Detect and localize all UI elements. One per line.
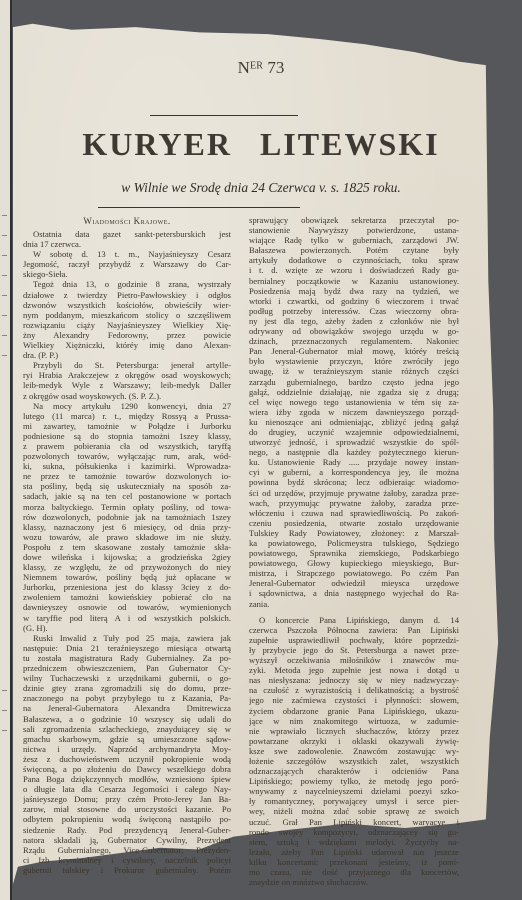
text-line: zarow, miał stosowne do uroczystości kaz… bbox=[23, 804, 231, 814]
text-line: klassy, ze względu, że od przywożonych d… bbox=[23, 562, 231, 572]
text-line: rondo swojey kompozycyi, odznaczającey s… bbox=[249, 827, 459, 837]
text-line: dowe wileńska i kijowska; a grodzieńska … bbox=[23, 552, 231, 562]
text-line: pozwolonych towarów, wyłączając rum, ara… bbox=[23, 451, 231, 461]
text-line: w taryffie pod literą A i od wszystkich … bbox=[23, 613, 231, 623]
text-line: ły przybycie jego do St. Petersburga a n… bbox=[249, 645, 459, 655]
text-line: stanowienie Naywyższy potwierdzone, usta… bbox=[249, 225, 459, 235]
text-line: wach, przyymując prywatne żałoby, zaradz… bbox=[249, 498, 459, 508]
text-line: ły romantyczney, porywającey umysł i ser… bbox=[249, 796, 459, 806]
text-line: leib-medyk Wyle z Warszawy; leib-medyk D… bbox=[23, 380, 231, 390]
text-line: powtarzane okrzyki i oklaski okazywali ż… bbox=[249, 736, 459, 746]
text-line: ny jest dla tego, ażeby żaden z członków… bbox=[249, 316, 459, 326]
text-line: zania. bbox=[249, 599, 459, 609]
left-column: Wiadomości Krajowe. Ostatnia data gazet … bbox=[23, 215, 231, 875]
text-line: Tegoż dnia 13, o godzinie 8 zrana, wystr… bbox=[23, 279, 231, 289]
text-line: nym poddanym, mieszkańcom stolicy o szcz… bbox=[23, 310, 231, 320]
text-line: tu została magistratura Rady Gubernialne… bbox=[23, 653, 231, 663]
text-line: wiera iżby zgoda w niczem dawnieyszego p… bbox=[249, 407, 459, 417]
text-line: Jegomość, raczył przybydź z Warszawy do … bbox=[23, 259, 231, 269]
text-line: dzinach, przeznaczonych regulamentem. Na… bbox=[249, 336, 459, 346]
text-line: morza baltyckiego. Termin opłaty pośliny… bbox=[23, 502, 231, 512]
text-line: do drugiey, uczynić wzajemnie odpowiedzi… bbox=[249, 427, 459, 437]
text-line: sali zgromadzenia szlacheckiego, znaydui… bbox=[23, 724, 231, 734]
text-line: podniesione są do stopnia tamożni 1szey … bbox=[23, 431, 231, 441]
text-line: nie wprawiało licznych słuchaczów, którz… bbox=[249, 726, 459, 736]
text-line: Niemnem towarów, pośliny będą już opłaca… bbox=[23, 572, 231, 582]
text-line: lutego (11 marca) r. t., między Rossyą a… bbox=[23, 411, 231, 421]
text-line: zyki. Metoda jego zupełnie jest nowa i d… bbox=[249, 665, 459, 675]
right-column: sprawujący obowiązek sekretarza przeczyt… bbox=[249, 215, 459, 887]
text-line: zupełnie usprawiedliwił pochwały, które … bbox=[249, 635, 459, 645]
text-line: nas niesłyszana: jednoczy się w niey nad… bbox=[249, 675, 459, 685]
text-line: dawnieyszey osnowie od towarów, wymienio… bbox=[23, 602, 231, 612]
issue-number-value: 73 bbox=[267, 58, 284, 77]
text-line: Pospołu z tem skasowane zostały tamożnie… bbox=[23, 542, 231, 552]
text-line: Tulskiey Rady Powiatowey, złożoney: z Ma… bbox=[249, 528, 459, 538]
text-line: wiające Radę tylko w guberniach, zarządo… bbox=[249, 235, 459, 245]
text-line: odrywany od obowiązków swojego urzędu w … bbox=[249, 326, 459, 336]
text-line: wyższył oczekiwania miłośników i znawców… bbox=[249, 655, 459, 665]
text-line: podług potrzeby interessów. Czas wieczor… bbox=[249, 306, 459, 316]
text-line: żny Alexandry Fedorowny, przez powicie bbox=[23, 330, 231, 340]
text-line: czerwca Pszczoła Północna zawiera: Pan L… bbox=[249, 625, 459, 635]
text-line: Rządu Gubernialnego, Vice-Gubernator; Pr… bbox=[23, 845, 231, 855]
text-line: natora składali ją, Gubernator Cywilny, … bbox=[23, 835, 231, 845]
text-line: Lipińskiego; powiemy tylko, że metodę je… bbox=[249, 776, 459, 786]
text-line: sprawujący obowiązek sekretarza przeczyt… bbox=[249, 215, 459, 225]
text-line: dra. (P. P.) bbox=[23, 350, 231, 360]
masthead-rule-bottom bbox=[98, 207, 300, 208]
text-line: Bałaszewa, a o godzinie 10 wszyscy się u… bbox=[23, 714, 231, 724]
dateline: w Wilnie we Srodę dnia 24 Czerwca v. s. … bbox=[0, 180, 522, 196]
text-line: przedniczem obwieszczeniem, Pan Gubernat… bbox=[23, 663, 231, 673]
text-line: stem, sztuką i wdziękami melodyi. Życzyć… bbox=[249, 837, 459, 847]
text-line: uczuć. Grał Pan Lipiński koncert, waryac… bbox=[249, 817, 459, 827]
newspaper-title: KURYER LITEWSKI bbox=[0, 126, 522, 163]
text-line: kilku koncertami: przekonani jesteśmy, i… bbox=[249, 857, 459, 867]
text-line: Ruski Inwalid z Tuły pod 25 maja, zawier… bbox=[23, 633, 231, 643]
text-line: Pan Jeneral-Gubernator miał mowę, któréy… bbox=[249, 346, 459, 356]
text-line: i sądownictwa, a dnia następnego wyjecha… bbox=[249, 588, 459, 598]
text-line: skiego-Sieła. bbox=[23, 269, 231, 279]
text-line: Wielkiey Xiężniczki, któréy imię dano Al… bbox=[23, 340, 231, 350]
text-line: zwoleniem tamożni kowieńskiey pobierać c… bbox=[23, 592, 231, 602]
text-line: Na mocy artykułu 1290 konwencyi, dnia 27 bbox=[23, 401, 231, 411]
issue-number-label: Nᴱᴿ bbox=[238, 58, 264, 77]
text-line: ki, sukna, półsukienka i kazimirki. Wpro… bbox=[23, 461, 231, 471]
text-line: Jurborku, przeniesiona jest do klassy 3c… bbox=[23, 582, 231, 592]
text-line: żesz z duchowieństwem uczynił pokropieni… bbox=[23, 754, 231, 764]
text-line: życiem obdarzone granie Pana Lipińskiego… bbox=[249, 706, 459, 716]
text-line: znaydzie on mnóztwo słuchaczów. bbox=[249, 877, 459, 887]
text-line: następuie: Dnia 21 teraźnieyszego miesią… bbox=[23, 643, 231, 653]
text-line: dzwonów wszystkich kościołów, obwieściły… bbox=[23, 300, 231, 310]
text-line: wey, niżeli można zdać sobie sprawę ze s… bbox=[249, 806, 459, 816]
text-line: jego nie zaćmiewa czystości i płynności:… bbox=[249, 695, 459, 705]
text-line: powinna bydź skrócona; lecz odbieraiąc w… bbox=[249, 477, 459, 487]
text-line: ne przez te tamożnie towarów dozwolonych… bbox=[23, 471, 231, 481]
text-line: powiatowego, Głowy kupieckiego mieyskieg… bbox=[249, 558, 459, 568]
text-line: klassy, naznaczony jest 6 miesięcy, od d… bbox=[23, 522, 231, 532]
text-line: o długie lata dla Cesarza Jegomości i ca… bbox=[23, 784, 231, 794]
text-line: czeniu posiedzenia, otwarte zostało urzę… bbox=[249, 518, 459, 528]
text-line: gałąź, oddzielnie działająę, nie zgadza … bbox=[249, 387, 459, 397]
text-line: i t. d. wzięte ze wzoru i doświadczeń Ra… bbox=[249, 265, 459, 275]
text-line: Jeneral-Gubernator odwiedził mieysca urz… bbox=[249, 578, 459, 588]
text-line: łożenie szczegółów wszystkich zalet, wsz… bbox=[249, 756, 459, 766]
text-line: leżało, ażeby Pan Lipiński udarował nas … bbox=[249, 847, 459, 857]
text-line: sadach, jakie są na ten cel postanowione… bbox=[23, 491, 231, 501]
text-line: ka powiatowego, Policmeystra tulskiego, … bbox=[249, 538, 459, 548]
text-line: Pana Boga dziękczynnych modłów, wzniesio… bbox=[23, 774, 231, 784]
text-line: Ostatnia data gazet sankt-petersburskich… bbox=[23, 229, 231, 239]
text-line: powiatowego, Sprawnika ziemskiego, Podsk… bbox=[249, 548, 459, 558]
text-line: Posiedzenia mają bydź dwa razy na tydzie… bbox=[249, 286, 459, 296]
text-line: ci Izb kryminalney i cywilney, naczelnik… bbox=[23, 855, 231, 865]
text-line: było wystawienie przyczyn, które zwrócił… bbox=[249, 356, 459, 366]
text-line: bernialney początkowie w Kazaniu ustanow… bbox=[249, 276, 459, 286]
text-line: W sobotę d. 13 t. m., Nayjaśnieyszy Cesa… bbox=[23, 249, 231, 259]
text-line: siedzenie Rady. Pod prezydencyą Jeneral-… bbox=[23, 825, 231, 835]
text-line: Przybyli do St. Petersburga: jenerał art… bbox=[23, 360, 231, 370]
text-line: dzinie gtey zrana zgromadzili się do dom… bbox=[23, 683, 231, 693]
text-line: ryi Hrabia Arakczejew z okręgów osad woy… bbox=[23, 370, 231, 380]
text-line: (G. H). bbox=[23, 623, 231, 633]
text-line: rozwiązaniu ciąży Nayjaśnieyszey Wielkie… bbox=[23, 320, 231, 330]
right-column-text: sprawujący obowiązek sekretarza przeczyt… bbox=[249, 215, 459, 887]
text-line: utworzyć jedność, i sprowadzić wszystkie… bbox=[249, 437, 459, 447]
text-line: Bałaszewa powierzonych. Potém czytane by… bbox=[249, 245, 459, 255]
text-line: gmachu skarbowym, gdzie są umieszczone s… bbox=[23, 734, 231, 744]
text-line: cel więc nowego tego ustanowienia w tém … bbox=[249, 397, 459, 407]
text-line: mo czasu, nie dość przyjaznego dla konce… bbox=[249, 867, 459, 877]
text-line: jące w nim znakomitego wirtuoza, w zadum… bbox=[249, 716, 459, 726]
text-line: ku nienoszące ani odmieniając, zbliżyć j… bbox=[249, 417, 459, 427]
text-line: odznaczających charakterów i odcieniów P… bbox=[249, 766, 459, 776]
text-line: uwagę, iż w teraźnieyszym stanie różnych… bbox=[249, 366, 459, 376]
text-line: dnia 17 czerwca. bbox=[23, 239, 231, 249]
issue-number: Nᴱᴿ 73 bbox=[0, 58, 522, 78]
text-line: gubernii tulskiey i Prokuror gubernialny… bbox=[23, 865, 231, 875]
text-line: nictwa i urzędy. Naprzód archymandryta M… bbox=[23, 744, 231, 754]
text-line: wilny Tuchaczewski z urzędnikami guberni… bbox=[23, 673, 231, 683]
text-line: włóczeniu i czuwa nad sprawiedliwością. … bbox=[249, 508, 459, 518]
text-line: rów dozwolonych, podobnie jak na tamożni… bbox=[23, 512, 231, 522]
text-line: wnywamy z naycelnieyszemi dziełami poezy… bbox=[249, 786, 459, 796]
text-line: O koncercie Pana Lipińskiego, danym d. 1… bbox=[249, 615, 459, 625]
text-line: ku. Ustanowienie Rady ..... przydaje now… bbox=[249, 457, 459, 467]
left-column-text: Ostatnia data gazet sankt-petersburskich… bbox=[23, 229, 231, 875]
text-line: działowe z twierdzy Pietro-Pawłowskiey i… bbox=[23, 290, 231, 300]
text-line: znaczonego na pobyt przybyłego tu z Kaza… bbox=[23, 693, 231, 703]
text-line: odbytem pokropieniu wodą święconą nastąp… bbox=[23, 814, 231, 824]
text-line: cyi w guberni, a korrespondencya jey, il… bbox=[249, 467, 459, 477]
text-line: na Jeneral-Gubernatora Alexandra Dmitrew… bbox=[23, 703, 231, 713]
text-line: ści od urzędów, przyjmuje prywatne żałob… bbox=[249, 488, 459, 498]
text-line: nego, a następnie dla każdey pożyteczneg… bbox=[249, 447, 459, 457]
masthead-rule-top bbox=[150, 115, 298, 116]
text-line: mi zawartey, tamożnie w Połądze i Jurbor… bbox=[23, 421, 231, 431]
text-line: z okręgów osad woyskowych. (S. P. Z.). bbox=[23, 391, 231, 401]
text-line: jaśnieyszego Domu; przy czém Proto-Jerey… bbox=[23, 794, 231, 804]
text-line: sta pośliny, będą się uskuteczniały na s… bbox=[23, 481, 231, 491]
text-line: zarządu gubernialnego, bardzo często jed… bbox=[249, 377, 459, 387]
text-line: z prawem pobierania cła od wszystkich, t… bbox=[23, 441, 231, 451]
section-heading: Wiadomości Krajowe. bbox=[23, 215, 231, 229]
text-line: wtorki i czwartki, od godziny 6 wieczore… bbox=[249, 296, 459, 306]
text-line: święconą, a po złożeniu do Dawcy wszelki… bbox=[23, 764, 231, 774]
text-line: artykuły dodatkowe o czynnościach, toku … bbox=[249, 255, 459, 265]
text-line: wozu towarów, ale prawo składowe im nie … bbox=[23, 532, 231, 542]
text-line: ksze swe zadowolenie. Znawcóm zostawując… bbox=[249, 746, 459, 756]
text-line: na czułość z wyrazistością i delikatnośc… bbox=[249, 685, 459, 695]
text-line: mistrza, i Strapczego powiatowego. Po cz… bbox=[249, 568, 459, 578]
